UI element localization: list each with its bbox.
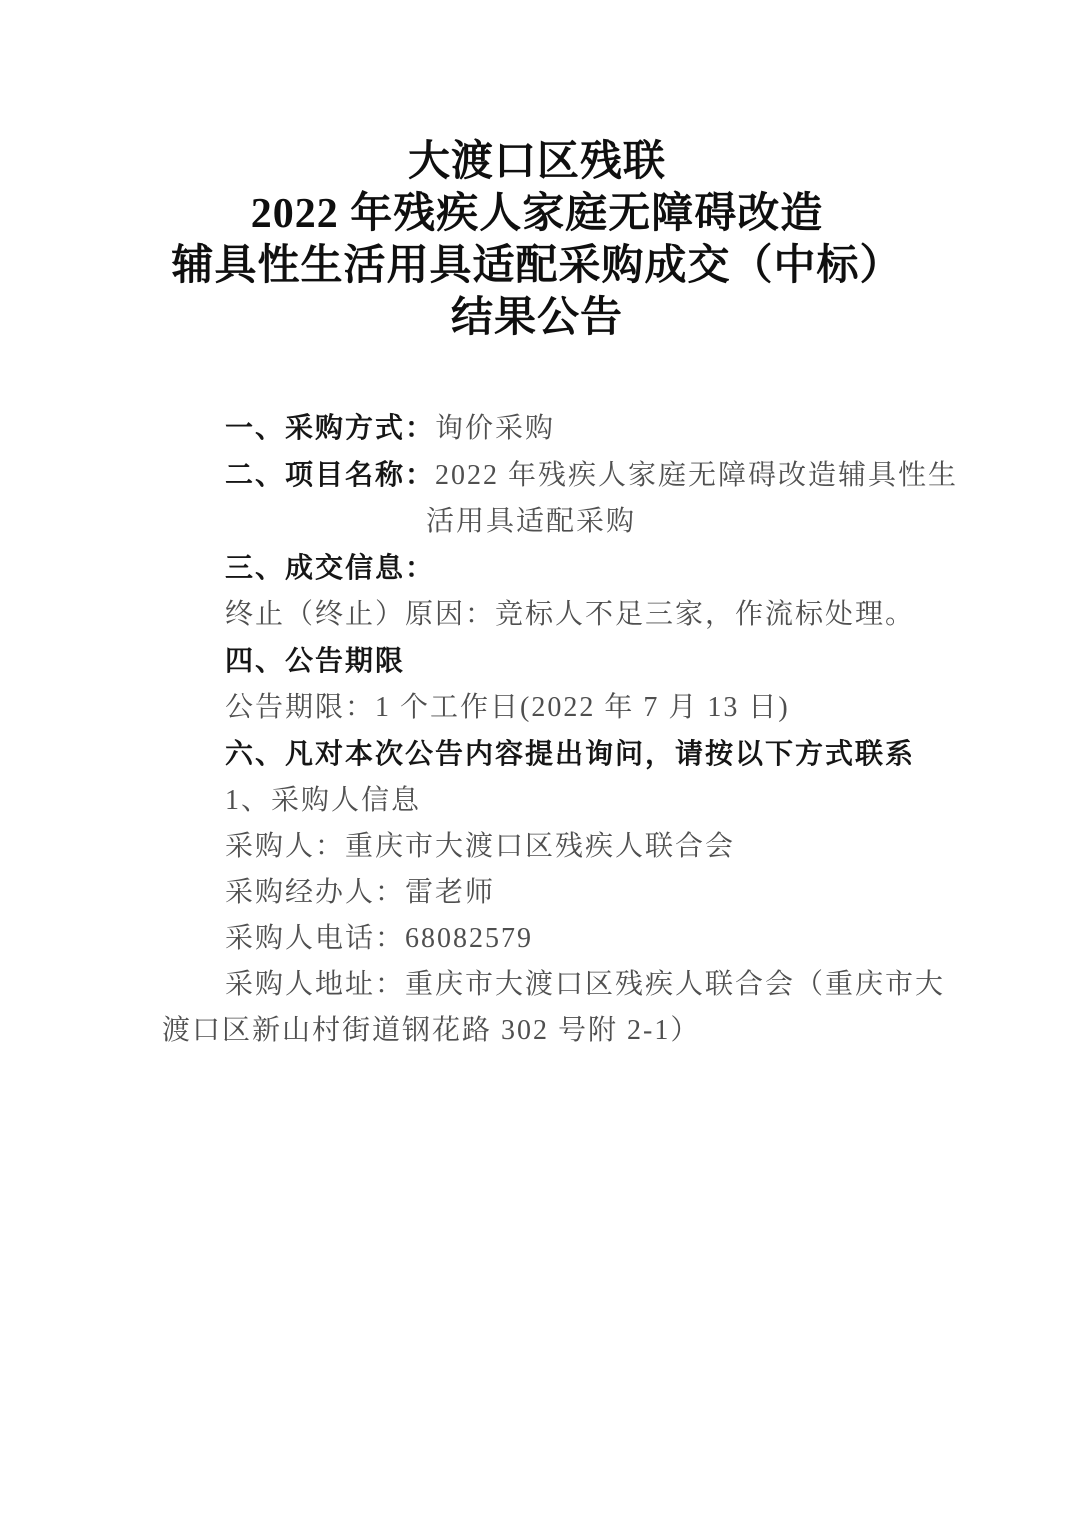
title-line-2: 2022 年残疾人家庭无障碍改造: [0, 188, 1074, 240]
announcement-period-label: 四、公告期限: [225, 645, 405, 676]
paragraph-purchaser-info-heading: 1、采购人信息: [162, 778, 954, 824]
project-name-value-line1: 2022 年残疾人家庭无障碍改造辅具性生: [435, 460, 958, 491]
paragraph-project-name: 二、项目名称：2022 年残疾人家庭无障碍改造辅具性生: [162, 452, 954, 499]
paragraph-award-info-heading: 三、成交信息：: [162, 545, 954, 592]
announcement-period-text: 公告期限：1 个工作日(2022 年 7 月 13 日): [225, 692, 790, 723]
title-line-4: 结果公告: [0, 292, 1074, 344]
purchaser-address-line2: 渡口区新山村街道钢花路 302 号附 2-1）: [162, 1015, 700, 1046]
paragraph-contact-heading: 六、凡对本次公告内容提出询问，请按以下方式联系: [162, 731, 954, 778]
document-page: 大渡口区残联 2022 年残疾人家庭无障碍改造 辅具性生活用具适配采购成交（中标…: [0, 0, 1074, 1520]
paragraph-purchaser-address-wrap: 渡口区新山村街道钢花路 302 号附 2-1）: [162, 1008, 954, 1054]
procurement-method-label: 一、采购方式：: [225, 412, 435, 443]
purchaser-agent-text: 采购经办人：雷老师: [225, 877, 495, 908]
document-body: 一、采购方式：询价采购 二、项目名称：2022 年残疾人家庭无障碍改造辅具性生 …: [162, 405, 954, 1054]
document-title: 大渡口区残联 2022 年残疾人家庭无障碍改造 辅具性生活用具适配采购成交（中标…: [0, 0, 1074, 344]
paragraph-termination-reason: 终止（终止）原因：竞标人不足三家，作流标处理。: [162, 592, 954, 638]
paragraph-announcement-period-heading: 四、公告期限: [162, 638, 954, 685]
purchaser-phone-text: 采购人电话：68082579: [225, 923, 533, 954]
contact-heading-text: 六、凡对本次公告内容提出询问，请按以下方式联系: [225, 738, 915, 769]
paragraph-announcement-period-value: 公告期限：1 个工作日(2022 年 7 月 13 日): [162, 685, 954, 731]
paragraph-purchaser-name: 采购人：重庆市大渡口区残疾人联合会: [162, 824, 954, 870]
termination-reason-text: 终止（终止）原因：竞标人不足三家，作流标处理。: [225, 599, 915, 630]
purchaser-name-text: 采购人：重庆市大渡口区残疾人联合会: [225, 831, 735, 862]
paragraph-procurement-method: 一、采购方式：询价采购: [162, 405, 954, 452]
title-line-3: 辅具性生活用具适配采购成交（中标）: [0, 240, 1074, 292]
paragraph-purchaser-phone: 采购人电话：68082579: [162, 916, 954, 962]
project-name-label: 二、项目名称：: [225, 459, 435, 490]
title-line-1: 大渡口区残联: [0, 136, 1074, 188]
paragraph-project-name-wrap: 活用具适配采购: [162, 499, 954, 545]
award-info-label: 三、成交信息：: [225, 552, 435, 583]
paragraph-purchaser-agent: 采购经办人：雷老师: [162, 870, 954, 916]
purchaser-info-label: 1、采购人信息: [225, 785, 421, 816]
paragraph-purchaser-address: 采购人地址：重庆市大渡口区残疾人联合会（重庆市大: [162, 962, 954, 1008]
purchaser-address-line1: 采购人地址：重庆市大渡口区残疾人联合会（重庆市大: [225, 969, 945, 1000]
project-name-value-line2: 活用具适配采购: [426, 506, 636, 537]
procurement-method-value: 询价采购: [435, 413, 555, 444]
